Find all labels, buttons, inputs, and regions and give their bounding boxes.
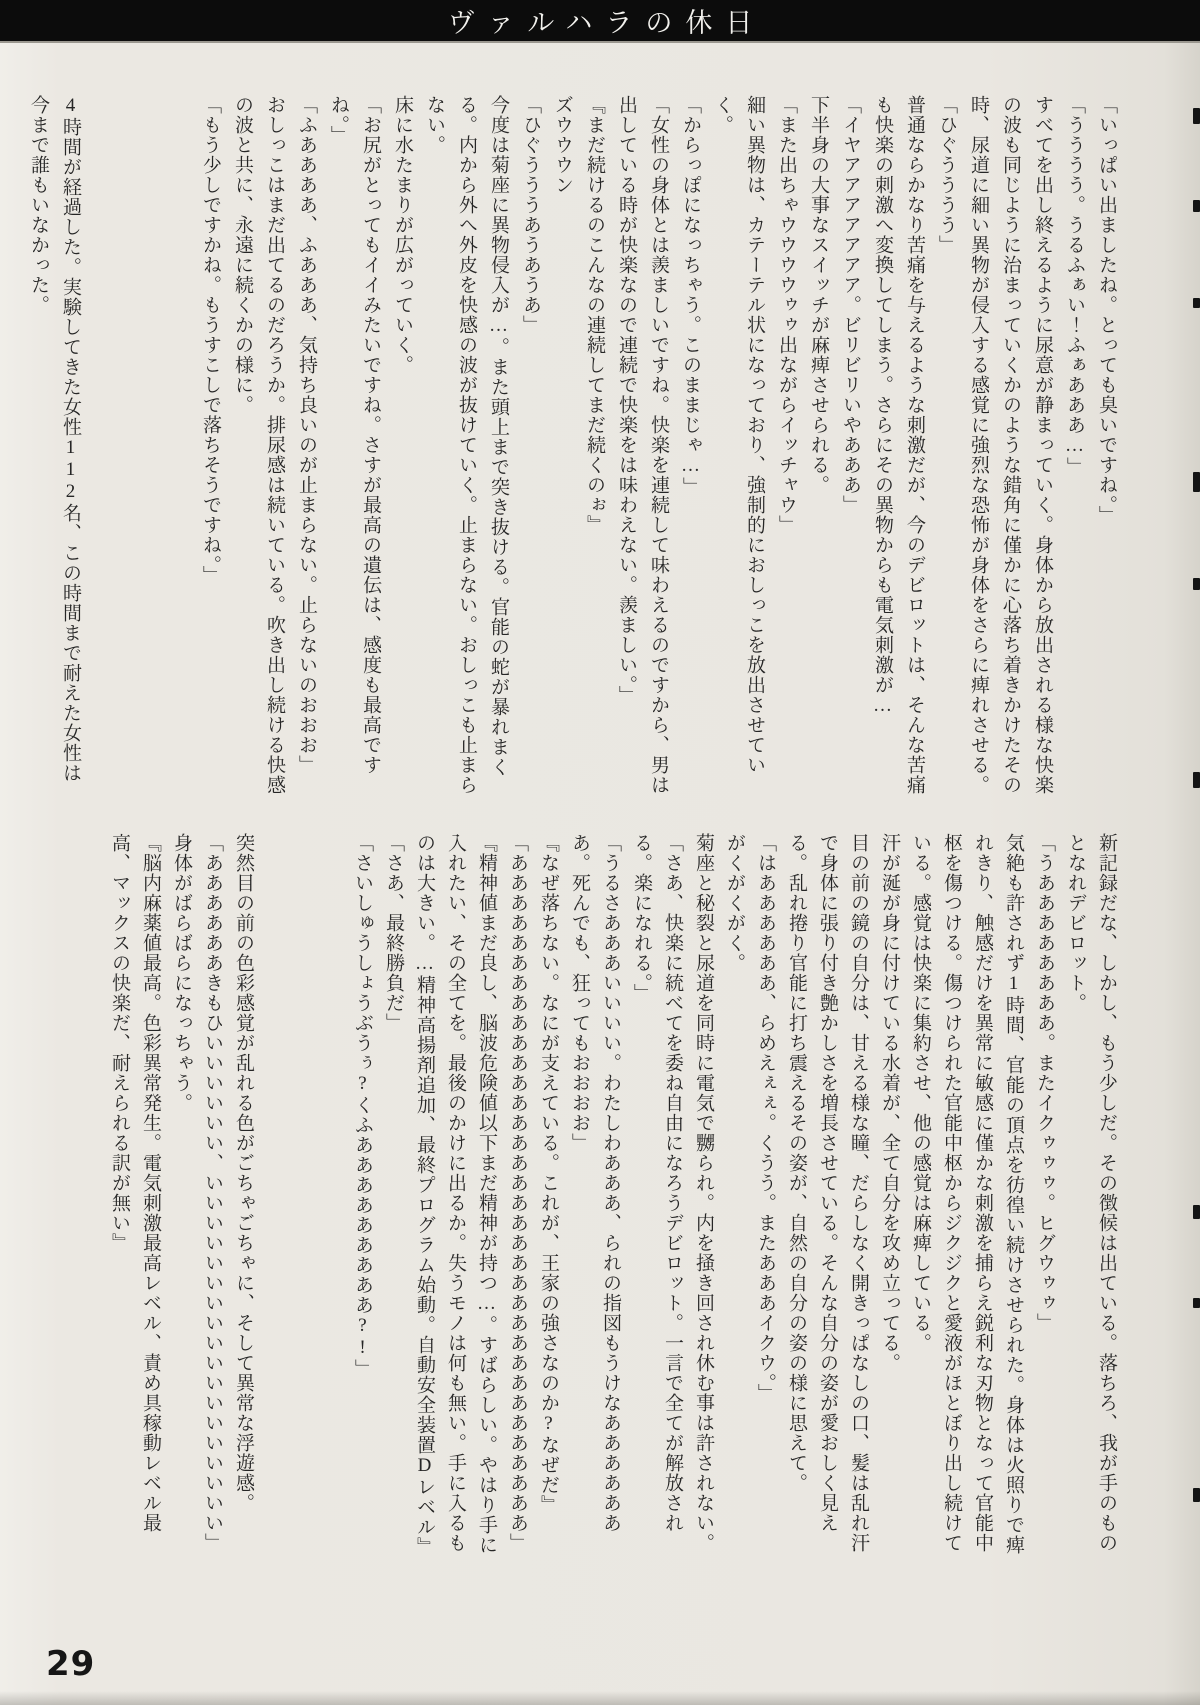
text-column-paragraph: 「うるさあああいいいい。わたしわあああ、られの指図もうけなあああああああ。死んで… bbox=[564, 833, 626, 1565]
text-column-paragraph: 「また出ちゃウウウウゥゥ出ながらイッチャウ」 bbox=[770, 95, 802, 795]
text-column-paragraph: 4時間が経過した。実験してきた女性112名、この時間まで耐えた女性は今まで誰もい… bbox=[22, 95, 86, 795]
scan-artifact-mark bbox=[1193, 1205, 1200, 1219]
text-column-paragraph: 身体がばらばらになっちゃう。 bbox=[166, 833, 197, 1565]
text-column-paragraph: 突然目の前の色彩感覚が乱れる色がごちゃごちゃに、そして異常な浮遊感。 bbox=[228, 833, 259, 1565]
scan-artifact-mark bbox=[1193, 1488, 1200, 1502]
text-column-paragraph: 「からっぽになっちゃう。このままじゃ…」 bbox=[674, 95, 706, 795]
text-column-paragraph: すべてを出し終えるように尿意が静まっていく。身体から放出される様な快楽の波も同じ… bbox=[962, 95, 1058, 795]
scan-artifact-mark bbox=[1193, 472, 1200, 492]
text-column-paragraph: 「いっぱい出ましたね。とっても臭いですね。」 bbox=[1090, 95, 1122, 795]
text-column-paragraph: 「ひぐうううあうあうあ」 bbox=[514, 95, 546, 795]
text-column-paragraph: 床に水たまりが広がっていく。 bbox=[386, 95, 418, 795]
text-column-paragraph: 気絶も許されず1時間、官能の頂点を彷徨い続けさせられた。身体は火照りで痺れきり、… bbox=[905, 833, 1029, 1565]
text-column-paragraph: 細い異物は、カテーテル状になっており、強制的におしっこを放出させていく。 bbox=[706, 95, 770, 795]
text-column-paragraph: おしっこはまだ出てるのだろうか。排尿感は続いている。吹き出し続ける快感の波と共に… bbox=[226, 95, 290, 795]
text-column-paragraph: 「ああああああきもひいいいいいい、いいいいいいいいいいいいいいいいいい」 bbox=[197, 833, 228, 1565]
scan-artifact-mark bbox=[1193, 1298, 1200, 1308]
text-column-paragraph: 「イヤアアアアアアア。ビリビリいやあああ」 bbox=[834, 95, 866, 795]
text-column-paragraph: 下半身の大事なスイッチが麻痺させられる。 bbox=[802, 95, 834, 795]
text-column-paragraph: 目の前の鏡の自分は、甘える様な瞳、だらしなく開きっぱなしの口、髪は乱れ汗で身体に… bbox=[781, 833, 874, 1565]
text-column-paragraph: 今度は菊座に異物侵入が…。また頭上まで突き抜ける。官能の蛇が暴れまくる。内から外… bbox=[418, 95, 514, 795]
scanned-page: { "page": { "title": "ヴァルハラの休日", "page_n… bbox=[0, 0, 1200, 1705]
text-column-paragraph: 『まだ続けるのこんなの連続してまだ続くのぉ』 bbox=[578, 95, 610, 795]
text-column-paragraph: 「うああああああああ。またイクゥゥゥ。ヒグウゥゥ」 bbox=[1029, 833, 1060, 1565]
text-column-paragraph: 「はああああああ、らめえぇぇ。くうう。またあああイクウ。」 bbox=[750, 833, 781, 1565]
text-column-paragraph: 新記録だな、しかし、もう少しだ。その徴候は出ている。落ちろ、我が手のものとなれデ… bbox=[1060, 833, 1122, 1565]
scan-artifact-mark bbox=[1193, 298, 1200, 308]
page-bottom-shadow bbox=[0, 1691, 1200, 1705]
text-column-paragraph: 普通ならかなり苦痛を与えるような刺激だが、今のデビロットは、そんな苦痛も快楽の刺… bbox=[866, 95, 930, 795]
page-number: 29 bbox=[46, 1644, 95, 1684]
text-column-paragraph: 「ああああああああああああああああああああああああああああああああああ」 bbox=[502, 833, 533, 1565]
text-column-paragraph: がくがくがく。 bbox=[719, 833, 750, 1565]
scan-artifact-mark bbox=[1193, 772, 1200, 788]
scan-artifact-mark bbox=[1193, 200, 1200, 212]
page-title: ヴァルハラの休日 bbox=[435, 1, 766, 40]
text-column-paragraph: 「さあ、最終勝負だ」 bbox=[378, 833, 409, 1565]
text-column-paragraph: 『脳内麻薬値最高。色彩異常発生。電気刺激最高レベル、責め具稼動レベル最高、マック… bbox=[104, 833, 166, 1565]
scan-artifact-mark bbox=[1193, 578, 1200, 590]
text-column-paragraph: 「女性の身体とは羨ましいですね。快楽を連続して味わえるのですから、男は出している… bbox=[610, 95, 674, 795]
page-title-bar: ヴァルハラの休日 bbox=[0, 0, 1200, 41]
text-column-paragraph: 「ひぐうううう」 bbox=[930, 95, 962, 795]
text-column-paragraph: 汗が涎が身に付けている水着が、全て自分を攻め立ってる。 bbox=[874, 833, 905, 1565]
text-column-paragraph: 「さいしゅうしょうぶうぅ?くふあああああああああ?!」 bbox=[347, 833, 378, 1565]
text-column-paragraph: 『精神値まだ良し、脳波危険値以下まだ精神が持つ…。すばらしい。やはり手に入れたい… bbox=[409, 833, 502, 1565]
scan-artifact-mark bbox=[1193, 108, 1200, 124]
text-column-paragraph: 「さあ、快楽に統べてを委ね自由になろうデビロット。一言で全てが解放される。楽にな… bbox=[626, 833, 688, 1565]
text-column-paragraph: 『なぜ落ちない。なにが支えている。これが、王家の強さなのか?なぜだ』 bbox=[533, 833, 564, 1565]
text-column-paragraph: 「もう少しですかね。もうすこしで落ちそうですね。」 bbox=[194, 95, 226, 795]
text-column-paragraph: 菊座と秘裂と尿道を同時に電気で嬲られ。内を掻き回され休む事は許されない。 bbox=[688, 833, 719, 1565]
bottom-text-block: 新記録だな、しかし、もう少しだ。その徴候は出ている。落ちろ、我が手のものとなれデ… bbox=[60, 833, 1122, 1565]
text-column-paragraph: 「うううう。うるふぁい！ふぁあああ…」 bbox=[1058, 95, 1090, 795]
text-column-paragraph: ズウウウン bbox=[546, 95, 578, 795]
text-column-paragraph: 「お尻がとってもイイみたいですね。さすが最高の遺伝は、感度も最高ですね。」 bbox=[322, 95, 386, 795]
text-column-paragraph: 「ふああああ、ふあああ、気持ち良いのが止まらない。止らないのおおお」 bbox=[290, 95, 322, 795]
top-text-block: 「いっぱい出ましたね。とっても臭いですね。」「うううう。うるふぁい！ふぁあああ…… bbox=[60, 95, 1122, 795]
